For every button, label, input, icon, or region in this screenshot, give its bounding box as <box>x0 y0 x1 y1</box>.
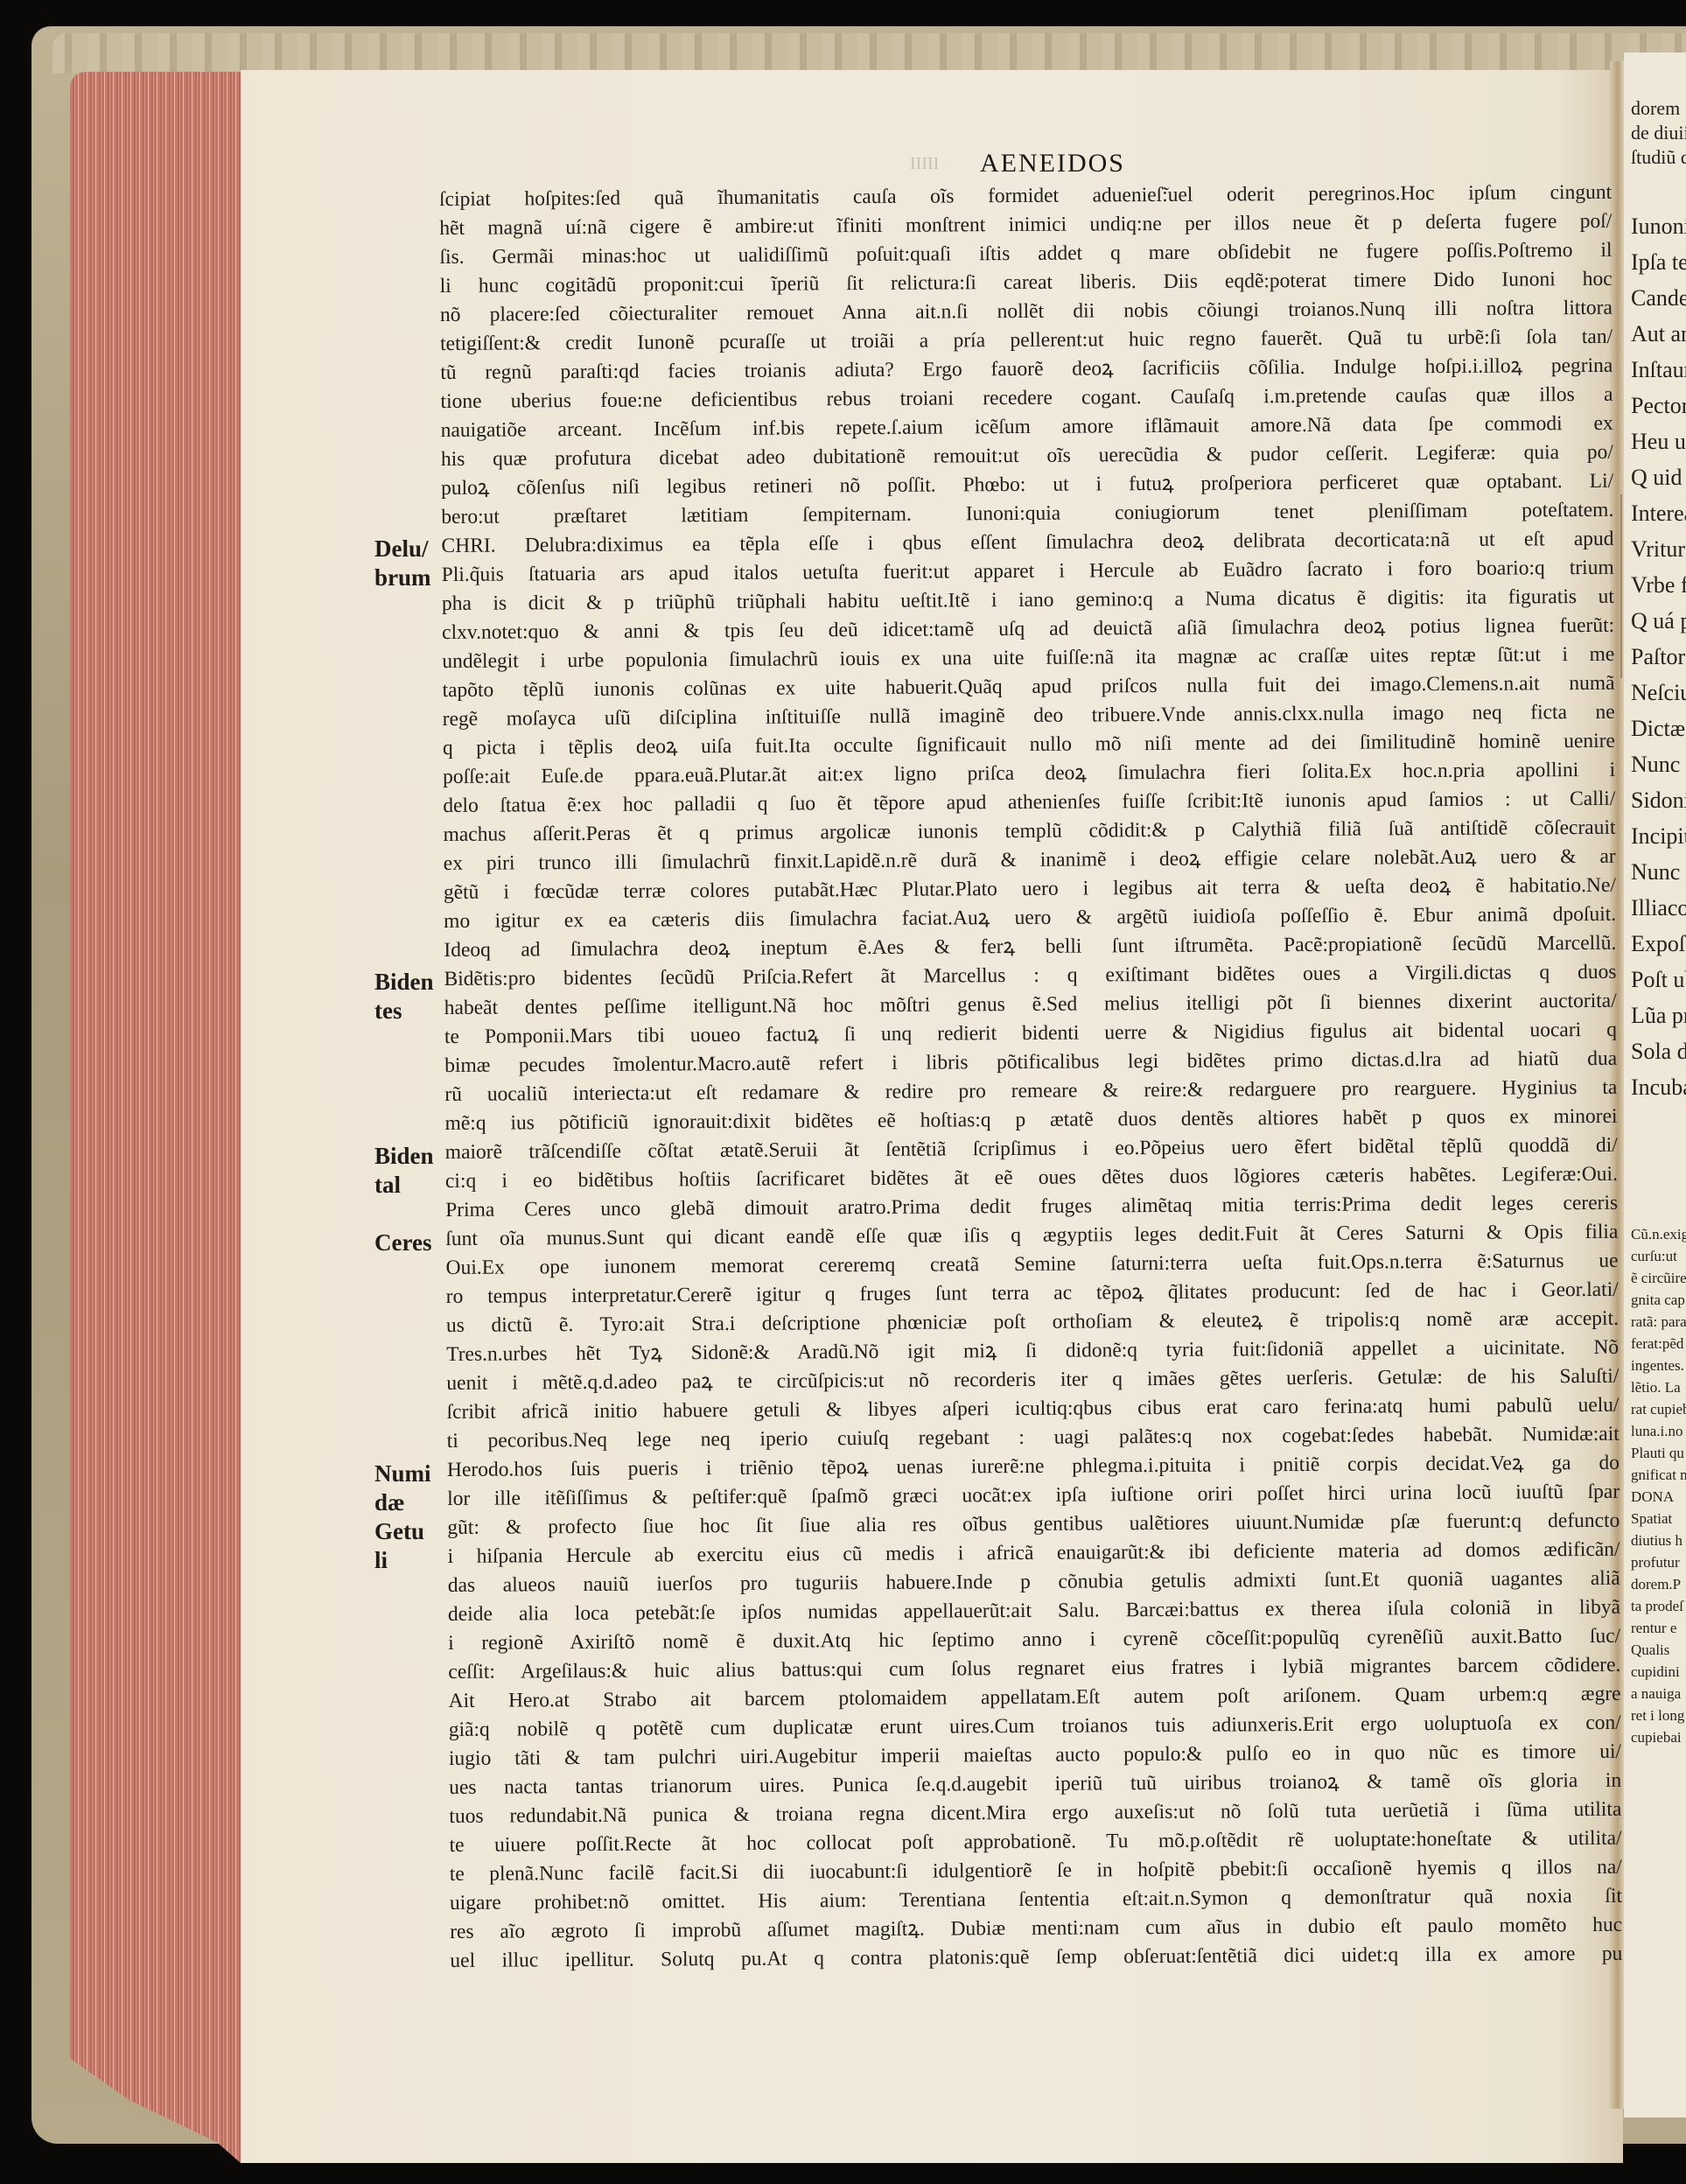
facing-page-line: Aut an <box>1631 316 1686 352</box>
facing-page-line: Sidonia <box>1631 782 1686 818</box>
facing-page-line: curſu:ut <box>1631 1245 1686 1267</box>
facing-page-line: Q uá p <box>1631 603 1686 639</box>
facing-page-line: Sola do <box>1631 1033 1686 1069</box>
facing-page-line: Iunoni <box>1631 208 1686 244</box>
running-head: AENEIDOS <box>980 149 1125 178</box>
facing-page-line: Nunc n <box>1631 746 1686 782</box>
facing-page-line: Dictæo <box>1631 710 1686 746</box>
facing-page-line: Heu ua <box>1631 423 1686 459</box>
facing-page-line: rat cupieb <box>1631 1398 1686 1420</box>
commentary-text-block: ſcipiat hoſpites:ſed quã ĩhumanitatis ca… <box>439 178 1622 1976</box>
marginal-note: Ceres <box>374 1228 431 1257</box>
facing-page-line: cupiebai <box>1631 1726 1686 1748</box>
facing-page-line: Nunc e <box>1631 854 1686 890</box>
facing-page-commentary: Cũ.n.exigcurſu:utẽ circũiregnita capratã… <box>1631 1223 1686 1748</box>
facing-page-line: profutur <box>1631 1551 1686 1573</box>
facing-page-line: rentur e <box>1631 1617 1686 1639</box>
facing-page-line: diutius h <box>1631 1529 1686 1551</box>
facing-page-line: Incubat <box>1631 1069 1686 1105</box>
facing-page-line: Plauti qu <box>1631 1442 1686 1464</box>
facing-page-line: Inſtaur <box>1631 352 1686 388</box>
facing-page-line: dorem.P <box>1631 1573 1686 1595</box>
marginal-note: tal <box>374 1171 401 1200</box>
facing-page-line: Expoſc <box>1631 926 1686 962</box>
marginal-note: li <box>374 1546 388 1575</box>
facing-page-line: ret i long <box>1631 1704 1686 1726</box>
book-headcap <box>52 33 1686 73</box>
facing-page-line: ſtudiũ q <box>1631 145 1686 170</box>
facing-page-line: a nauiga <box>1631 1683 1686 1704</box>
facing-page-line: Interea <box>1631 495 1686 531</box>
facing-page-line: Vrbe fu <box>1631 567 1686 603</box>
facing-page-line: Cũ.n.exig <box>1631 1223 1686 1245</box>
facing-page-line: cupidini <box>1631 1661 1686 1683</box>
facing-page-verse: IunoniIpſa terCandeAut anInſtaurPectoriH… <box>1631 208 1686 1105</box>
marginal-note: Delu/ <box>374 535 429 563</box>
facing-page-line: Lũa pre <box>1631 997 1686 1033</box>
facing-page-line: DONA <box>1631 1486 1686 1508</box>
facing-page-line: gnita cap <box>1631 1289 1686 1311</box>
facing-page-line: Paſtor a <box>1631 639 1686 675</box>
facing-page-line: luna.i.no <box>1631 1420 1686 1442</box>
facing-page-line: Illiaco <box>1631 890 1686 926</box>
marginal-note: Biden <box>374 1142 434 1171</box>
facing-page-line: lẽtio. La <box>1631 1376 1686 1398</box>
facing-page-line: Cande <box>1631 280 1686 316</box>
facing-page-line: Spatiat <box>1631 1508 1686 1529</box>
facing-page-line: ẽ circũire <box>1631 1267 1686 1289</box>
facing-page-line: Poſt ub <box>1631 962 1686 997</box>
facing-page-line: Ipſa ter <box>1631 244 1686 280</box>
facing-page-line: dorem <box>1631 96 1686 121</box>
facing-page-line: ratã: para <box>1631 1311 1686 1333</box>
facing-page-line: ferat:pẽd <box>1631 1333 1686 1354</box>
marginal-note: Getu <box>374 1517 424 1546</box>
marginal-note: tes <box>374 997 402 1025</box>
show-through-folio: IIIII <box>910 154 939 174</box>
facing-page-line: Neſcius <box>1631 675 1686 710</box>
facing-page-top-lines: doremde diuiiſtudiũ q <box>1631 96 1686 170</box>
red-page-edges <box>70 72 241 2163</box>
facing-page-line: Incipit <box>1631 818 1686 854</box>
marginal-note: dæ <box>374 1488 405 1517</box>
marginal-note: Biden <box>374 968 434 997</box>
facing-page-line: Vritur <box>1631 531 1686 567</box>
facing-page-line: gnificat n <box>1631 1464 1686 1486</box>
facing-page-line: de diuii <box>1631 121 1686 145</box>
facing-page-line: Qualis <box>1631 1639 1686 1661</box>
facing-page-line: ta prodeſ <box>1631 1595 1686 1617</box>
marginal-note: Numi <box>374 1459 431 1488</box>
marginal-note: brum <box>374 563 431 592</box>
facing-page-line: ingentes. <box>1631 1354 1686 1376</box>
ink-bracket-annotation <box>1620 494 1631 678</box>
facing-page-line: Q uid <box>1631 459 1686 495</box>
facing-page-line: Pectori <box>1631 388 1686 423</box>
